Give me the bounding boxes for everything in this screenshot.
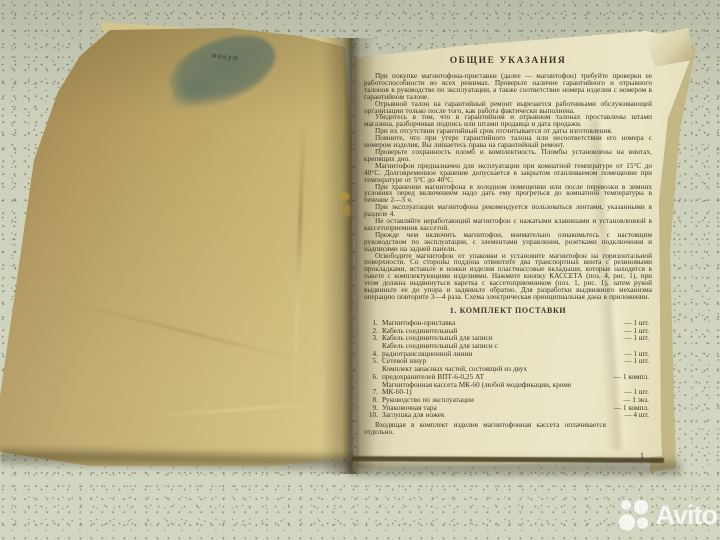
kit-item-quantity: — 1 шт.: [624, 334, 652, 342]
gutter-stain: [340, 192, 350, 201]
kit-section-title: 1. КОМПЛЕКТ ПОСТАВКИ: [364, 306, 652, 315]
spine-shadow: [322, 38, 376, 474]
photo-scene: покуп ОБЩИЕ УКАЗАНИЯ При покупке магнито…: [0, 0, 720, 540]
book-bottom-shadow: [350, 461, 680, 475]
kit-list: 1.Магнитофон-приставка— 1 шт.2.Кабель со…: [364, 319, 652, 419]
kit-item-label: Комплект запасных частей, состоящий из д…: [382, 365, 527, 380]
kit-item-quantity: — 4 шт.: [624, 411, 652, 419]
avito-circles-icon: [617, 498, 651, 532]
kit-note: Входящая в комплект изделия магнитофонна…: [364, 421, 606, 435]
page-title: ОБЩИЕ УКАЗАНИЯ: [364, 56, 652, 66]
paragraph: Магнитофон предназначен для эксплуатации…: [364, 163, 652, 184]
kit-item-row: 6.Комплект запасных частей, состоящий из…: [364, 365, 652, 380]
paragraphs: При покупке магнитофона-приставки (далее…: [364, 73, 652, 301]
kit-item-row: 7.Магнитофонная кассета МК-60 (любой мод…: [364, 381, 652, 396]
paragraph: Прежде чем включить магнитофон, внимател…: [364, 232, 652, 253]
kit-item-label: Заглушка для ножек: [382, 411, 445, 419]
paragraph: При хранении магнитофона в холодном поме…: [364, 184, 652, 205]
kit-item-row: 10.Заглушка для ножек— 4 шт.: [364, 411, 652, 419]
paragraph: При покупке магнитофона-приставки (далее…: [364, 73, 652, 101]
kit-item-quantity: — 1 компл.: [614, 373, 652, 381]
gutter-stain: [344, 204, 351, 217]
kit-item-label: Магнитофонная кассета МК-60 (любой модиф…: [382, 381, 571, 396]
avito-watermark-text: Avito: [656, 502, 718, 529]
kit-item-row: 4.Кабель соединительный для записи сради…: [364, 342, 652, 357]
paragraph: Освободите магнитофон от упаковки и уста…: [364, 253, 652, 301]
kit-item-quantity: — 1 шт.: [624, 357, 652, 365]
kit-item-label: Кабель соединительный для записи срадиот…: [382, 342, 498, 357]
page-content: ОБЩИЕ УКАЗАНИЯ При покупке магнитофона-п…: [364, 50, 652, 460]
avito-watermark: Avito: [617, 498, 718, 532]
